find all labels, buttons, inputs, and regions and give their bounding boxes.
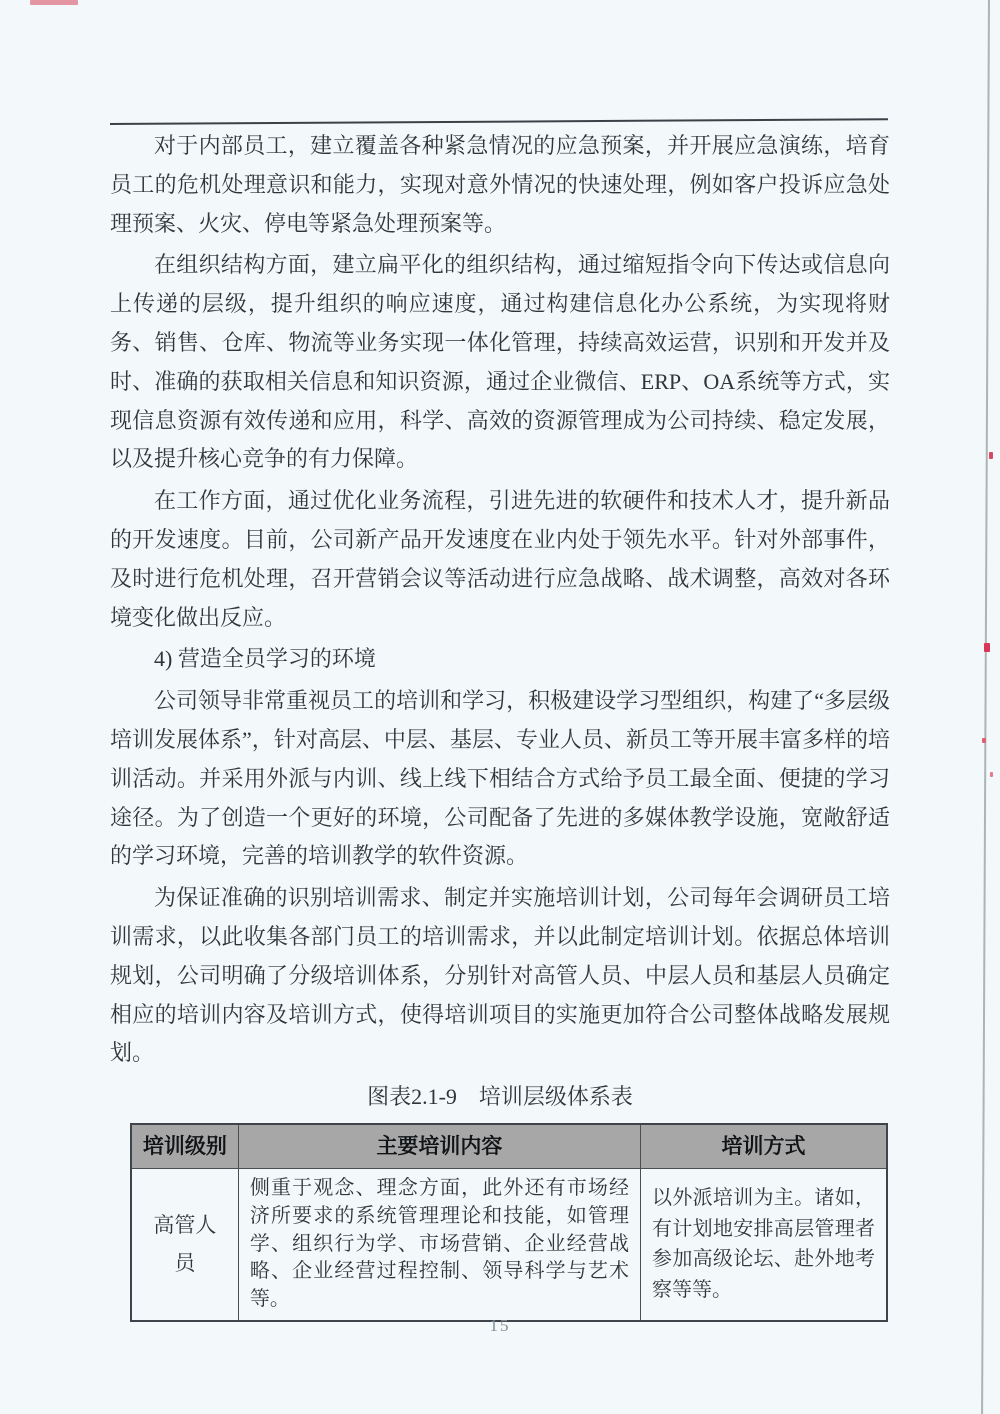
scan-artifact-speck [990, 772, 993, 777]
scan-artifact-speck [984, 643, 990, 652]
scan-artifact-speck [989, 452, 993, 459]
header-rule [110, 118, 888, 125]
paragraph-work-process: 在工作方面，通过优化业务流程，引进先进的软硬件和技术人才，提升新品的开发速度。目… [110, 482, 890, 637]
paragraph-training-needs: 为保证准确的识别培训需求、制定并实施培训计划，公司每年会调研员工培训需求，以此收… [110, 879, 890, 1073]
paragraph-training-system: 公司领导非常重视员工的培训和学习，积极建设学习型组织，构建了“多层级培训发展体系… [110, 682, 890, 876]
table-row-executives: 高管人员 侧重于观念、理念方面，此外还有市场经济所要求的系统管理理论和技能，如管… [131, 1168, 887, 1320]
training-level-table: 培训级别 主要培训内容 培训方式 高管人员 侧重于观念、理念方面，此外还有市场经… [130, 1123, 888, 1322]
cell-main-content: 侧重于观念、理念方面，此外还有市场经济所要求的系统管理理论和技能，如管理学、组织… [238, 1168, 640, 1320]
paragraph-emergency-plans: 对于内部员工，建立覆盖各种紧急情况的应急预案，并开展应急演练，培育员工的危机处理… [110, 127, 890, 243]
paragraph-org-structure: 在组织结构方面，建立扁平化的组织结构，通过缩短指令向下传达或信息向上传递的层级，… [110, 246, 890, 479]
document-page: 对于内部员工，建立覆盖各种紧急情况的应急预案，并开展应急演练，培育员工的危机处理… [0, 0, 1000, 1414]
cell-training-method: 以外派培训为主。诸如，有计划地安排高层管理者参加高级论坛、赴外地考察等等。 [641, 1168, 887, 1320]
table-header-row: 培训级别 主要培训内容 培训方式 [131, 1124, 887, 1168]
scan-artifact-speck [30, 0, 78, 5]
document-body: 对于内部员工，建立覆盖各种紧急情况的应急预案，并开展应急演练，培育员工的危机处理… [110, 127, 890, 1322]
table-caption: 图表2.1-9 培训层级体系表 [110, 1081, 890, 1113]
subheading-learning-environment: 4) 营造全员学习的环境 [110, 640, 890, 679]
table-header-training-level: 培训级别 [131, 1124, 238, 1168]
table-header-training-method: 培训方式 [641, 1124, 887, 1168]
cell-training-level: 高管人员 [131, 1168, 238, 1320]
table-header-main-content: 主要培训内容 [238, 1124, 640, 1168]
scan-artifact-speck [982, 738, 986, 743]
page-number: 15 [0, 1316, 1000, 1336]
scan-edge-line [981, 0, 990, 1414]
